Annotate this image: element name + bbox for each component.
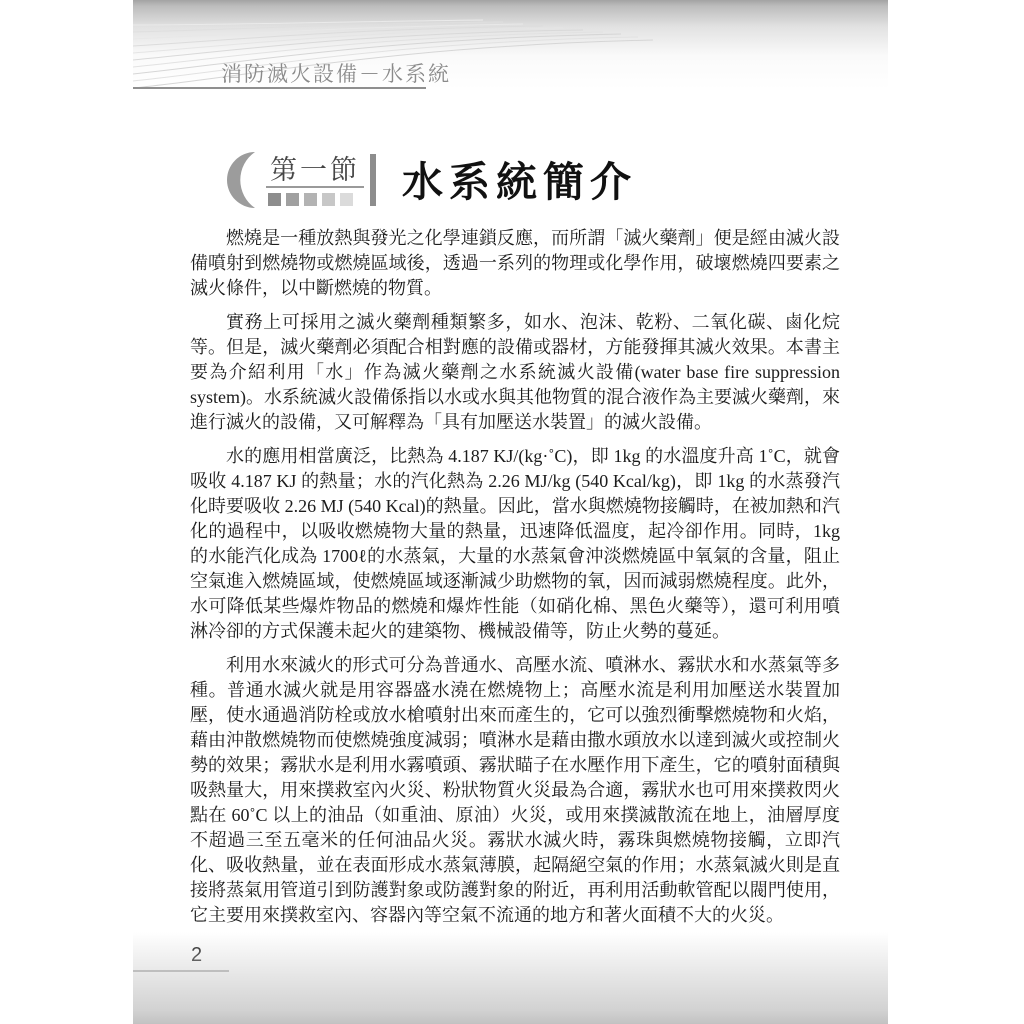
- running-header-title: 消防滅火設備－水系統: [221, 58, 451, 88]
- section-badge-block: 第一節: [266, 155, 364, 206]
- paragraph: 燃燒是一種放熱與發光之化學連鎖反應，而所謂「滅火藥劑」便是經由滅火設備噴射到燃燒…: [190, 226, 840, 301]
- scanned-book-page: 消防滅火設備－水系統 第一節 水系統簡介 燃燒是一種放熱與發光: [0, 0, 1024, 1024]
- square-decoration: [286, 193, 299, 206]
- square-decoration: [340, 193, 353, 206]
- page: 消防滅火設備－水系統 第一節 水系統簡介 燃燒是一種放熱與發光: [133, 0, 888, 1024]
- section-badge-label: 第一節: [266, 155, 364, 188]
- running-header-rule: [133, 87, 426, 89]
- paragraph: 實務上可採用之滅火藥劑種類繁多，如水、泡沫、乾粉、二氧化碳、鹵化烷等。但是，滅火…: [190, 310, 840, 435]
- crescent-moon-icon: [227, 151, 263, 209]
- squares-decoration: [268, 193, 353, 206]
- bottom-banner-decoration: [133, 932, 888, 1024]
- square-decoration: [304, 193, 317, 206]
- paragraph: 水的應用相當廣泛，比熱為 4.187 KJ/(kg·˚C)，即 1kg 的水溫度…: [190, 444, 840, 644]
- paragraph: 利用水來滅火的形式可分為普通水、高壓水流、噴淋水、霧狀水和水蒸氣等多種。普通水滅…: [190, 653, 840, 928]
- square-decoration: [322, 193, 335, 206]
- section-header: 第一節 水系統簡介: [227, 150, 637, 210]
- square-decoration: [268, 193, 281, 206]
- body-text: 燃燒是一種放熱與發光之化學連鎖反應，而所謂「滅火藥劑」便是經由滅火設備噴射到燃燒…: [190, 226, 840, 937]
- vertical-bar-decoration: [370, 154, 376, 206]
- section-title: 水系統簡介: [402, 149, 637, 208]
